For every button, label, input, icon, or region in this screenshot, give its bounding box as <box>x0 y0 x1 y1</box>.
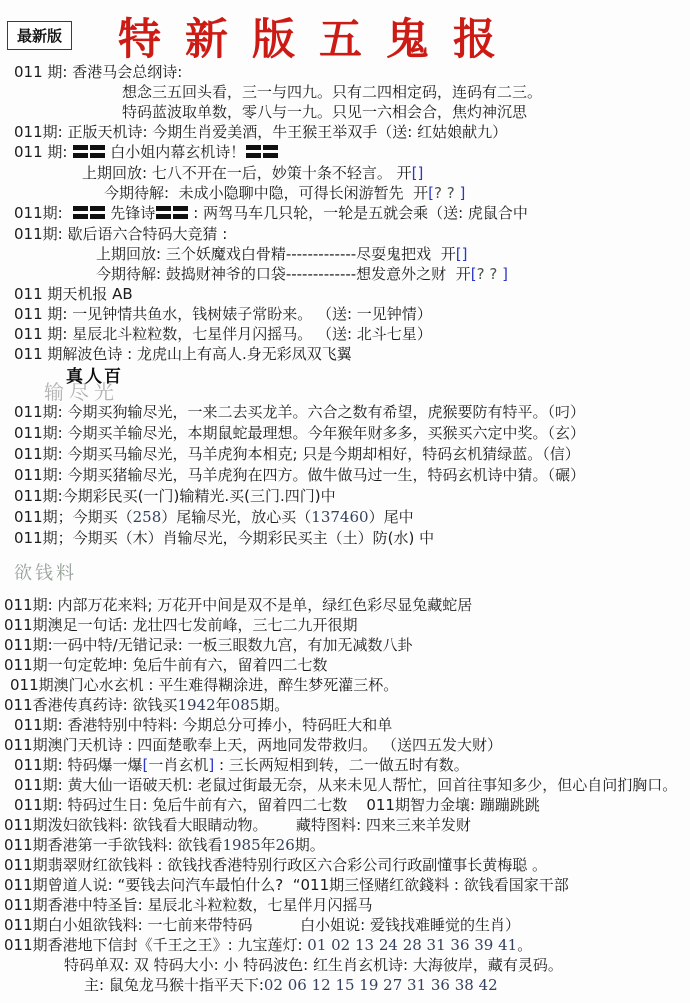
report-text: ? ? <box>434 184 459 202</box>
report-line: 011期: 今期买马输尽光，马羊虎狗本相克; 只是今期却相好，特码玄机猜绿蓝。（… <box>0 444 690 465</box>
report-line: 011 期解波色诗 : 龙虎山上有高人.身无彩凤双飞翼 <box>0 344 690 364</box>
report-text: 26 <box>276 836 295 854</box>
report-line: 011期: 内部万花来料; 万花开中间是双不是单，绿红色彩尽显兔藏蛇居 <box>0 595 690 615</box>
report-line: 011期香港中特圣旨: 星辰北斗粒粒数，七星伴月闪摇马 <box>0 895 690 915</box>
report-text: 011期香港中特圣旨: 星辰北斗粒粒数，七星伴月闪摇马 <box>4 896 372 914</box>
report-line: 011期一句定乾坤: 兔后牛前有六，留着四二七数 <box>0 655 690 675</box>
report-line: 011期: 先锋诗: 两驾马车几只轮，一轮是五就会乘（送: 虎鼠合中 <box>0 203 690 224</box>
report-text: 011期: 特码爆一爆 <box>14 756 142 774</box>
report-line: 011期:今期彩民买(一门)输精光.买(三门.四门)中 <box>0 486 690 507</box>
report-line: 特码单双: 双 特码大小: 小 特码波色: 红生肖玄机诗: 大海彼岸，藏有灵码。 <box>0 955 690 975</box>
double-bar-icon <box>73 204 107 224</box>
report-text: 011期香港第一手欲钱料: 欲钱看 <box>4 836 222 854</box>
report-text: 年 <box>216 696 231 714</box>
report-text: 258 <box>133 508 162 526</box>
report-text: 期。 <box>295 836 325 854</box>
report-text: 白小姐内幕玄机诗！ <box>110 143 245 161</box>
report-text: 年 <box>261 836 276 854</box>
report-text: 01 02 13 24 28 31 36 39 41 <box>307 936 517 954</box>
report-line: 011 期: 白小姐内幕玄机诗！ <box>0 142 690 163</box>
report-line: 011期: 今期买狗输尽光，一来二去买龙羊。六合之数有希望，虎猴要防有特平。（叼… <box>0 402 690 423</box>
report-line: 011期香港第一手欲钱料: 欲钱看1985年26期。 <box>0 835 690 855</box>
report-text: ）尾中 <box>369 508 414 526</box>
report-text: 011 期解波色诗 : 龙虎山上有高人.身无彩凤双飞翼 <box>14 345 352 363</box>
report-text: 011期: <box>14 204 72 222</box>
tip-sheet-page: 最新版 特新版五鬼报 011 期: 香港马会总纲诗:想念三五回头看，三一与四九。… <box>0 0 690 1003</box>
report-text: : 两驾马车几只轮，一轮是五就会乘（送: 虎鼠合中 <box>193 204 528 222</box>
report-text: 一肖玄机 <box>148 756 208 774</box>
report-line: 上期回放: 七八不开在一后，妙策十条不轻言。 开[] <box>0 163 690 183</box>
report-line: 011 期天机报 AB <box>0 284 690 304</box>
report-text: 主: 鼠兔龙马猴十指平天下: <box>84 976 264 994</box>
report-text: 085 <box>231 696 260 714</box>
report-line: 011期: 歇后语六合特码大竞猜 : <box>0 224 690 244</box>
report-line: 011期: 黄大仙一语破天机: 老鼠过街最无奈，从来未见人帮忙，回首往事知多少，… <box>0 775 690 795</box>
report-line: 011期；今期买（258）尾输尽光，放心买（137460）尾中 <box>0 507 690 528</box>
report-text: 特码蓝波取单数，零八与一九。只见一六相会合，焦灼神沉思 <box>122 103 527 121</box>
section-heading-overlap: 输尽光 真人百 <box>0 364 690 402</box>
report-text: [] <box>456 245 468 263</box>
report-line: 特码蓝波取单数，零八与一九。只见一六相会合，焦灼神沉思 <box>0 102 690 122</box>
shujinguang-section: 011期: 今期买狗输尽光，一来二去买龙羊。六合之数有希望，虎猴要防有特平。（叼… <box>0 402 690 549</box>
report-text: 011期白小姐欲钱料: 一七前来带特码 白小姐说: 爱钱找难睡觉的生肖） <box>4 916 520 934</box>
report-line: 011期翡翠财红欲钱料 : 欲钱找香港特别行政区六合彩公司行政副懂事长黄梅聪 。 <box>0 855 690 875</box>
report-text: 上期回放: 七八不开在一后，妙策十条不轻言。 开 <box>82 164 412 182</box>
latest-edition-badge: 最新版 <box>7 21 72 50</box>
report-line: 011期；今期买（木）肖输尽光，今期彩民买主（土）防(水) 中 <box>0 528 690 549</box>
top-verses-section: 011 期: 香港马会总纲诗:想念三五回头看，三一与四九。只有二四相定码，连码有… <box>0 62 690 364</box>
report-text: 011 期: 一见钟情共鱼水，钱树婊子常盼来。 （送: 一见钟情） <box>14 305 432 323</box>
report-line: 011期澳门心水玄机 : 平生难得糊涂进，醉生梦死灌三杯。 <box>0 675 690 695</box>
report-text: ? ? <box>477 265 502 283</box>
report-text: 1942 <box>177 696 215 714</box>
report-text: 011期；今期买（ <box>14 508 133 526</box>
report-text: [] <box>412 164 424 182</box>
report-text: : 三长两短相到转，二一做五时有数。 <box>214 756 469 774</box>
report-text: 011期: 特码过生日: 兔后牛前有六，留着四二七数 011期智力金壤: 蹦蹦跳… <box>14 796 540 814</box>
report-text: 137460 <box>311 508 368 526</box>
report-text: 011期澳门心水玄机 : 平生难得糊涂进，醉生梦死灌三杯。 <box>10 676 398 694</box>
report-text: ）尾输尽光，放心买（ <box>161 508 311 526</box>
report-text: 011期: 内部万花来料; 万花开中间是双不是单，绿红色彩尽显兔藏蛇居 <box>4 596 472 614</box>
double-bar-icon <box>156 204 190 224</box>
double-bar-icon <box>246 143 280 163</box>
report-text: 1985 <box>222 836 260 854</box>
report-text: 011期翡翠财红欲钱料 : 欲钱找香港特别行政区六合彩公司行政副懂事长黄梅聪 。 <box>4 856 547 874</box>
report-line: 011期白小姐欲钱料: 一七前来带特码 白小姐说: 爱钱找难睡觉的生肖） <box>0 915 690 935</box>
report-line: 今期待解: 鼓捣财神爷的口袋-------------想发意外之财 开[? ? … <box>0 264 690 284</box>
report-text: 011期:一码中特/无错记录: 一板三眼数九宫，有加无减数八卦 <box>4 636 413 654</box>
report-text: 011期；今期买（木）肖输尽光，今期彩民买主（土）防(水) 中 <box>14 529 434 547</box>
page-title: 特新版五鬼报 <box>0 0 690 67</box>
report-text: 011期: 黄大仙一语破天机: 老鼠过街最无奈，从来未见人帮忙，回首往事知多少，… <box>14 776 677 794</box>
report-text: 想念三五回头看，三一与四九。只有二四相定码，连码有二三。 <box>122 83 542 101</box>
report-text: 011期: 正版天机诗: 今期生肖爱美酒，牛王猴王举双手（送: 红姑娘献九） <box>14 123 507 141</box>
report-line: 011期: 特码过生日: 兔后牛前有六，留着四二七数 011期智力金壤: 蹦蹦跳… <box>0 795 690 815</box>
report-line: 011期: 正版天机诗: 今期生肖爱美酒，牛王猴王举双手（送: 红姑娘献九） <box>0 122 690 142</box>
report-text: 今期待解: 未成小隐聊中隐，可得长闲游暂先 开 <box>104 184 428 202</box>
report-line: 011 期: 星辰北斗粒粒数，七星伴月闪摇马。 （送: 北斗七星） <box>0 324 690 344</box>
report-line: 主: 鼠兔龙马猴十指平天下:02 06 12 15 19 27 31 36 38… <box>0 975 690 995</box>
report-line: 011香港传真药诗: 欲钱买1942年085期。 <box>0 695 690 715</box>
section-heading-zhenrenbai: 真人百 <box>66 362 123 387</box>
report-line: 011期曾道人说: “要钱去问汽车最怕什么? “011期三怪赌红欲錢料 : 欲钱… <box>0 875 690 895</box>
report-text: 011期: 香港特别中特料: 今期总分可捧小，特码旺大和单 <box>14 716 392 734</box>
yuqianliao-section: 011期: 内部万花来料; 万花开中间是双不是单，绿红色彩尽显兔藏蛇居011期澳… <box>0 595 690 995</box>
double-bar-icon <box>73 143 107 163</box>
report-line: 011期: 今期买羊输尽光，本期鼠蛇最理想。今年猴年财多多，买猴买六定中奖。（玄… <box>0 423 690 444</box>
report-line: 011期:一码中特/无错记录: 一板三眼数九宫，有加无减数八卦 <box>0 635 690 655</box>
report-line: 上期回放: 三个妖魔戏白骨精-------------尽耍鬼把戏 开[] <box>0 244 690 264</box>
report-text: 011期一句定乾坤: 兔后牛前有六，留着四二七数 <box>4 656 327 674</box>
section-heading-yuqianliao: 欲钱料 <box>0 563 690 585</box>
report-text: 011期: 今期买马输尽光，马羊虎狗本相克; 只是今期却相好，特码玄机猜绿蓝。（… <box>14 445 580 463</box>
report-text: 上期回放: 三个妖魔戏白骨精-------------尽耍鬼把戏 开 <box>96 245 456 263</box>
report-text: 期。 <box>259 696 289 714</box>
report-text: 011期澳门天机诗 : 四面楚歌奉上天，两地同发带救归。 （送四五发大财） <box>4 736 502 754</box>
report-text: 011期: 今期买羊输尽光，本期鼠蛇最理想。今年猴年财多多，买猴买六定中奖。（玄… <box>14 424 585 442</box>
report-text: 011期: 今期买猪输尽光，马羊虎狗在四方。做牛做马过一生，特码玄机诗中猜。（碾… <box>14 466 585 484</box>
report-text: 011 期天机报 AB <box>14 285 133 303</box>
report-line: 想念三五回头看，三一与四九。只有二四相定码，连码有二三。 <box>0 82 690 102</box>
report-text: 011期: 歇后语六合特码大竞猜 : <box>14 225 227 243</box>
masthead: 最新版 特新版五鬼报 <box>0 0 690 62</box>
report-line: 011期澳足一句话: 龙壮四七发前峰，三七二九开很期 <box>0 615 690 635</box>
report-text: 特码单双: 双 特码大小: 小 特码波色: 红生肖玄机诗: 大海彼岸，藏有灵码。 <box>64 956 563 974</box>
report-line: 011 期: 一见钟情共鱼水，钱树婊子常盼来。 （送: 一见钟情） <box>0 304 690 324</box>
report-text: ] <box>502 265 508 283</box>
report-text: 02 06 12 15 19 27 31 36 38 42 <box>264 976 498 994</box>
report-text: 011期曾道人说: “要钱去问汽车最怕什么? “011期三怪赌红欲錢料 : 欲钱… <box>4 876 569 894</box>
report-text: 011期泼妇欲钱料: 欲钱看大眼睛动物。 藏特图料: 四来三来羊发财 <box>4 816 471 834</box>
report-line: 011期澳门天机诗 : 四面楚歌奉上天，两地同发带救归。 （送四五发大财） <box>0 735 690 755</box>
report-text: 011期: 今期买狗输尽光，一来二去买龙羊。六合之数有希望，虎猴要防有特平。（叼… <box>14 403 585 421</box>
report-text: 011 期: 星辰北斗粒粒数，七星伴月闪摇马。 （送: 北斗七星） <box>14 325 432 343</box>
report-text: 011期香港地下信封《千王之王》: 九宝莲灯: <box>4 936 307 954</box>
report-text: 。 <box>517 936 532 954</box>
report-text: 今期待解: 鼓捣财神爷的口袋-------------想发意外之财 开 <box>96 265 471 283</box>
report-line: 011期香港地下信封《千王之王》: 九宝莲灯: 01 02 13 24 28 3… <box>0 935 690 955</box>
report-text: 011期:今期彩民买(一门)输精光.买(三门.四门)中 <box>14 487 336 505</box>
report-line: 今期待解: 未成小隐聊中隐，可得长闲游暂先 开[? ? ] <box>0 183 690 203</box>
report-text: 011 期: <box>14 143 72 161</box>
report-text: 011期澳足一句话: 龙壮四七发前峰，三七二九开很期 <box>4 616 357 634</box>
report-line: 011期: 香港特别中特料: 今期总分可捧小，特码旺大和单 <box>0 715 690 735</box>
report-text: 先锋诗 <box>110 204 155 222</box>
report-text: 011香港传真药诗: 欲钱买 <box>4 696 177 714</box>
report-text: ] <box>459 184 465 202</box>
report-line: 011期: 今期买猪输尽光，马羊虎狗在四方。做牛做马过一生，特码玄机诗中猜。（碾… <box>0 465 690 486</box>
report-line: 011期泼妇欲钱料: 欲钱看大眼睛动物。 藏特图料: 四来三来羊发财 <box>0 815 690 835</box>
report-line: 011期: 特码爆一爆[一肖玄机] : 三长两短相到转，二一做五时有数。 <box>0 755 690 775</box>
